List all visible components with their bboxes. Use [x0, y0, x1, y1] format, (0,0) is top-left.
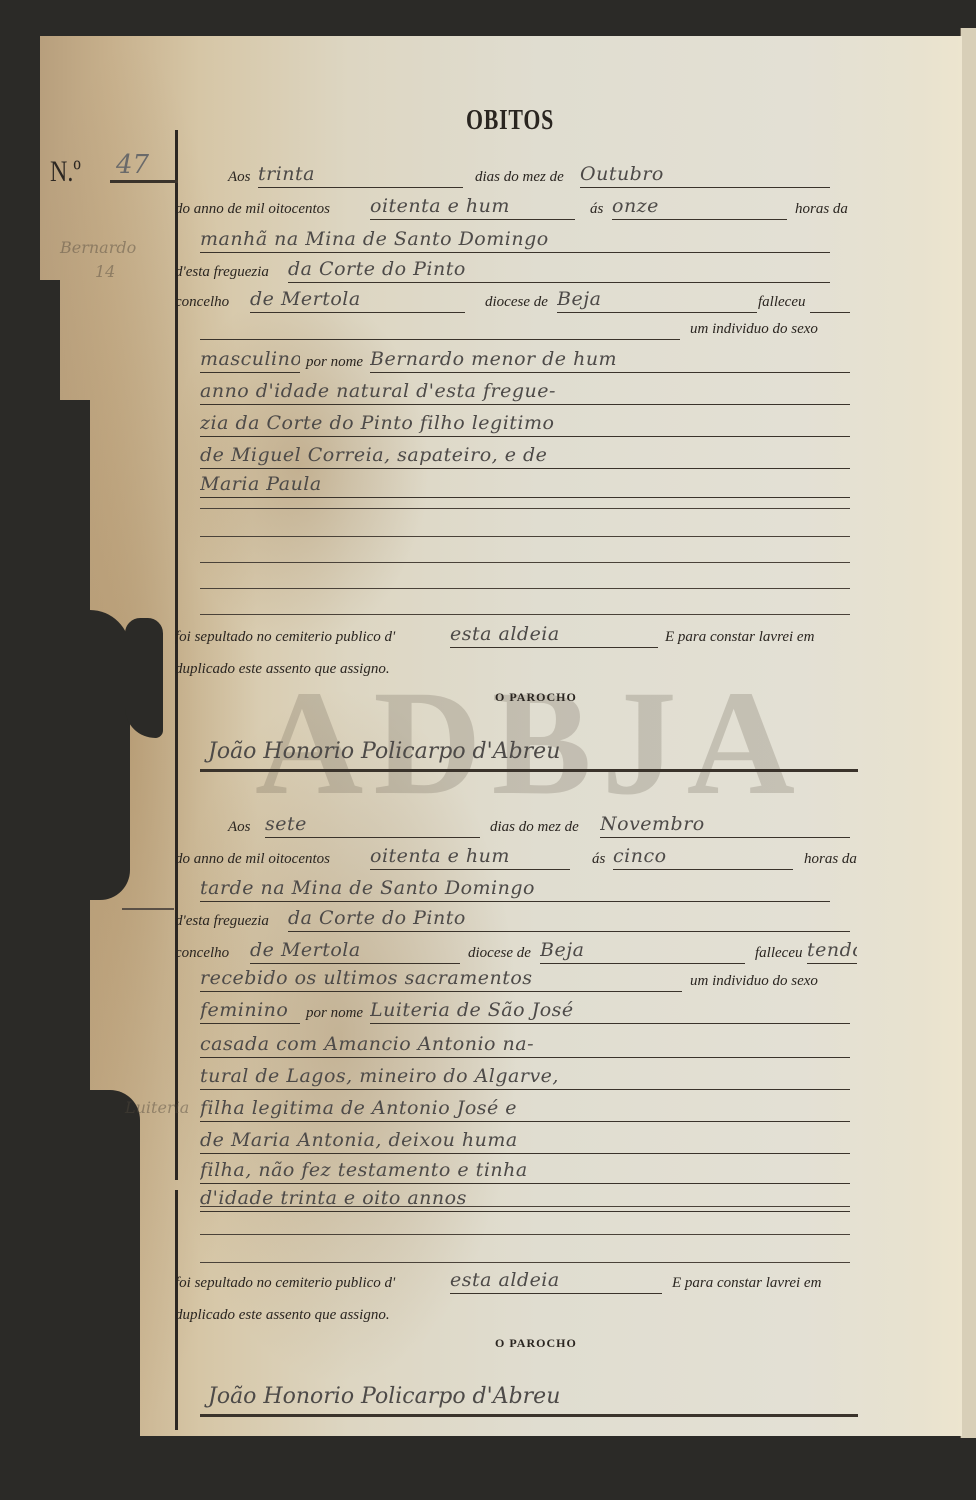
label-individuo-sexo: um individuo do sexo — [690, 973, 818, 990]
field-diocese: Beja — [557, 286, 757, 313]
field-hour: cinco — [613, 843, 793, 870]
field-place: manhã na Mina de Santo Domingo — [200, 226, 830, 253]
label-freguezia: d'esta freguezia — [175, 264, 269, 281]
field-sexo: masculino — [200, 346, 300, 373]
margin-note: Luiteria — [125, 1098, 189, 1117]
blank-line — [200, 588, 850, 589]
field-body-line: anno d'idade natural d'esta fregue- — [200, 378, 850, 405]
field-month: Outubro — [580, 161, 830, 188]
field-sexo: feminino — [200, 997, 300, 1024]
label-falleceu: falleceu — [758, 294, 805, 311]
label-por-nome: por nome — [306, 1005, 363, 1022]
field-year: oitenta e hum — [370, 843, 570, 870]
label-horas-da: horas da — [804, 851, 857, 868]
field-cemiterio: esta aldeia — [450, 1267, 662, 1294]
label-horas-da: horas da — [795, 201, 848, 218]
label-concelho: concelho — [175, 294, 229, 311]
label-as: ás — [592, 851, 605, 868]
field-day: sete — [265, 811, 480, 838]
label-sepultado: foi sepultado no cemiterio publico d' — [175, 1275, 395, 1292]
field-body-line: d'idade trinta e oito annos — [200, 1185, 850, 1212]
field-concelho: de Mertola — [250, 937, 460, 964]
label-do-anno: do anno de mil oitocentos — [175, 851, 330, 868]
label-sepultado: foi sepultado no cemiterio publico d' — [175, 629, 395, 646]
margin-note: 14 — [95, 262, 115, 281]
field-body-line: filha, não fez testamento e tinha — [200, 1157, 850, 1184]
margin-rule — [175, 130, 178, 1180]
label-para-constar: E para constar lavrei em — [672, 1275, 821, 1292]
priest-signature: João Honorio Policarpo d'Abreu — [200, 735, 858, 772]
field-body-line: casada com Amancio Antonio na- — [200, 1031, 850, 1058]
field-cemiterio: esta aldeia — [450, 621, 658, 648]
blank-line — [200, 1206, 850, 1207]
priest-signature: João Honorio Policarpo d'Abreu — [200, 1380, 858, 1417]
label-duplicado: duplicado este assento que assigno. — [175, 661, 390, 678]
field-body-line: tural de Lagos, mineiro do Algarve, — [200, 1063, 850, 1090]
entry-number-value: 47 — [110, 150, 178, 183]
blank-line — [200, 536, 850, 537]
margin-tick — [122, 908, 174, 910]
label-freguezia: d'esta freguezia — [175, 913, 269, 930]
field-month: Novembro — [600, 811, 850, 838]
field-body-line: de Maria Antonia, deixou huma — [200, 1127, 850, 1154]
field-body-line: Maria Paula — [200, 471, 850, 498]
label-as: ás — [590, 201, 603, 218]
field-nome: Luiteria de São José — [370, 997, 850, 1024]
torn-edge — [125, 618, 163, 738]
blank-line — [200, 562, 850, 563]
torn-edge — [40, 280, 60, 1440]
torn-edge — [0, 36, 40, 1436]
label-por-nome: por nome — [306, 354, 363, 371]
book-page-edge — [960, 28, 976, 1438]
field-falleceu-extra: tendo — [807, 937, 857, 964]
entry-number-label: N.º — [50, 155, 81, 189]
field-line-before-sexo — [200, 313, 680, 340]
label-do-anno: do anno de mil oitocentos — [175, 201, 330, 218]
field-concelho: de Mertola — [250, 286, 465, 313]
label-dias-do-mez: dias do mez de — [475, 169, 564, 186]
field-nome: Bernardo menor de hum — [370, 346, 850, 373]
label-falleceu: falleceu — [755, 945, 802, 962]
label-diocese: diocese de — [468, 945, 531, 962]
field-line-before-sexo: recebido os ultimos sacramentos — [200, 965, 682, 992]
label-para-constar: E para constar lavrei em — [665, 629, 814, 646]
field-year: oitenta e hum — [370, 193, 575, 220]
label-individuo-sexo: um individuo do sexo — [690, 321, 818, 338]
label-dias-do-mez: dias do mez de — [490, 819, 579, 836]
field-body-line: zia da Corte do Pinto filho legitimo — [200, 410, 850, 437]
parocho-label: O PAROCHO — [495, 1336, 577, 1351]
label-duplicado: duplicado este assento que assigno. — [175, 1307, 390, 1324]
field-place: tarde na Mina de Santo Domingo — [200, 875, 830, 902]
blank-line — [200, 1262, 850, 1263]
label-aos: Aos — [228, 169, 251, 186]
field-hour: onze — [612, 193, 787, 220]
page-title: OBITOS — [466, 105, 554, 137]
label-concelho: concelho — [175, 945, 229, 962]
torn-edge — [90, 610, 130, 900]
field-freguezia: da Corte do Pinto — [288, 905, 850, 932]
torn-edge — [60, 400, 90, 1440]
torn-edge — [90, 1090, 140, 1440]
field-body-line: filha legitima de Antonio José e — [200, 1095, 850, 1122]
field-falleceu-extra — [810, 286, 850, 313]
label-aos: Aos — [228, 819, 251, 836]
field-day: trinta — [258, 161, 463, 188]
label-diocese: diocese de — [485, 294, 548, 311]
blank-line — [200, 614, 850, 615]
blank-line — [200, 1234, 850, 1235]
field-body-line: de Miguel Correia, sapateiro, e de — [200, 442, 850, 469]
field-diocese: Beja — [540, 937, 745, 964]
parocho-label: O PAROCHO — [495, 690, 577, 705]
margin-note: Bernardo — [60, 238, 136, 257]
blank-line — [200, 508, 850, 509]
field-freguezia: da Corte do Pinto — [288, 256, 830, 283]
